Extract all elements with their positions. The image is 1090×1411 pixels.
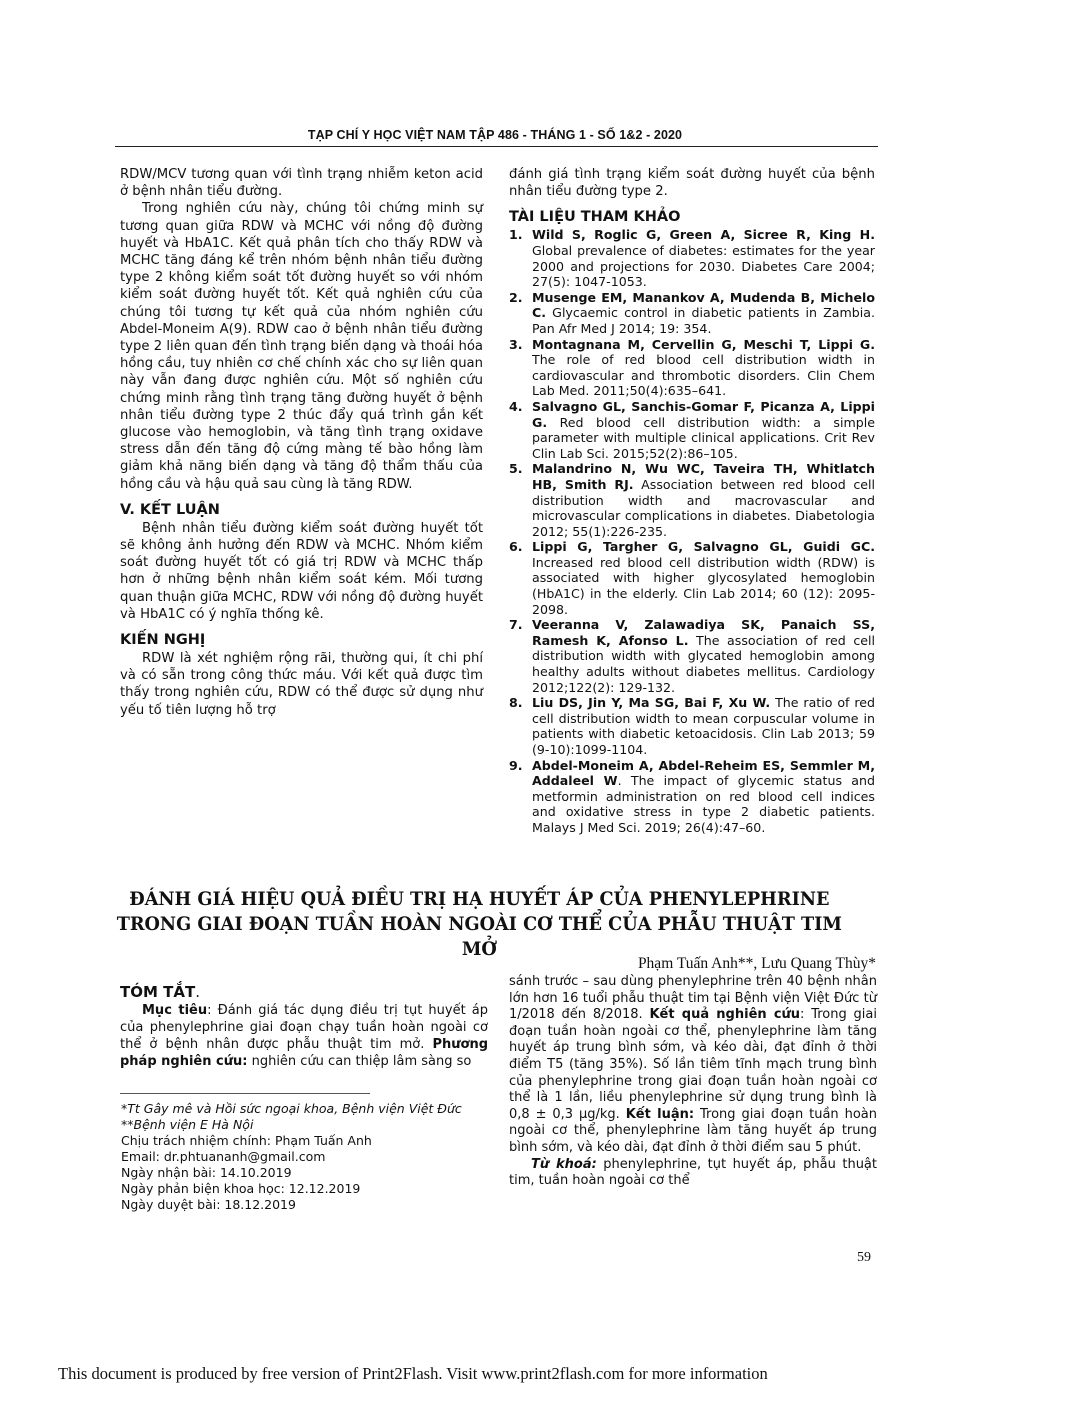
conclusion-heading: V. KẾT LUẬN [120, 501, 483, 519]
reference-item: 9.Abdel-Moneim A, Abdel-Reheim ES, Semml… [509, 758, 875, 836]
reference-number: 4. [509, 399, 523, 415]
conclusion-paragraph: Bệnh nhân tiểu đường kiểm soát đường huy… [120, 520, 483, 623]
reference-item: 6.Lippi G, Targher G, Salvagno GL, Guidi… [509, 539, 875, 617]
right-column: đánh giá tình trạng kiểm soát đường huyế… [509, 166, 875, 836]
approved-date: Ngày duyệt bài: 18.12.2019 [121, 1197, 501, 1213]
left-column: RDW/MCV tương quan với tình trạng nhiễm … [120, 166, 483, 719]
reviewed-date: Ngày phản biện khoa học: 12.12.2019 [121, 1181, 501, 1197]
reference-item: 1.Wild S, Roglic G, Green A, Sicree R, K… [509, 227, 875, 289]
abstract-heading-period: . [195, 983, 200, 1001]
objective-label: Mục tiêu [142, 1003, 207, 1018]
reference-number: 2. [509, 290, 523, 306]
reference-item: 7.Veeranna V, Zalawadiya SK, Panaich SS,… [509, 617, 875, 695]
reference-number: 9. [509, 758, 523, 774]
reference-authors: Wild S, Roglic G, Green A, Sicree R, Kin… [532, 227, 875, 242]
reference-item: 3.Montagnana M, Cervellin G, Meschi T, L… [509, 337, 875, 399]
reference-number: 3. [509, 337, 523, 353]
recommendation-paragraph: RDW là xét nghiệm rộng rãi, thường qui, … [120, 650, 483, 719]
method-text-start: nghiên cứu can thiệp lâm sàng so [247, 1054, 471, 1069]
abstract-heading: TÓM TẮT. [120, 982, 488, 1002]
recommendation-heading: KIẾN NGHỊ [120, 631, 483, 649]
abstract-objective: Mục tiêu: Đánh giá tác dụng điều trị tụt… [120, 1002, 488, 1070]
references-heading: TÀI LIỆU THAM KHẢO [509, 208, 875, 226]
reference-item: 2.Musenge EM, Manankov A, Mudenda B, Mic… [509, 290, 875, 337]
reference-authors: Lippi G, Targher G, Salvagno GL, Guidi G… [532, 539, 875, 554]
affiliation-1: *Tt Gây mê và Hồi sức ngoại khoa, Bệnh v… [121, 1101, 501, 1117]
results-text: : Trong giai đoạn tuần hoàn ngoài cơ thể… [509, 1007, 877, 1122]
reference-text: Red blood cell distribution width: a sim… [532, 415, 875, 461]
abstract-heading-text: TÓM TẮT [120, 983, 195, 1001]
article-title: ĐÁNH GIÁ HIỆU QUẢ ĐIỀU TRỊ HẠ HUYẾT ÁP C… [112, 887, 847, 962]
reference-text: Increased red blood cell distribution wi… [532, 555, 875, 617]
author-email: Email: dr.phtuananh@gmail.com [121, 1149, 501, 1165]
abstract-left-column: TÓM TẮT. Mục tiêu: Đánh giá tác dụng điề… [120, 982, 488, 1070]
reference-list: 1.Wild S, Roglic G, Green A, Sicree R, K… [509, 227, 875, 835]
reference-number: 8. [509, 695, 523, 711]
reference-text: The role of red blood cell distribution … [532, 352, 875, 398]
discussion-paragraph-2: Trong nghiên cứu này, chúng tôi chứng mi… [120, 200, 483, 492]
reference-number: 6. [509, 539, 523, 555]
print2flash-watermark: This document is produced by free versio… [58, 1364, 768, 1384]
footnote-divider [120, 1093, 370, 1094]
abstract-conclusion-label: Kết luận: [626, 1107, 694, 1122]
received-date: Ngày nhận bài: 14.10.2019 [121, 1165, 501, 1181]
abstract-continuation: sánh trước – sau dùng phenylephrine trên… [509, 974, 877, 1157]
header-divider [115, 146, 878, 147]
results-label: Kết quả nghiên cứu [649, 1007, 800, 1022]
affiliation-2: **Bệnh viện E Hà Nội [121, 1117, 501, 1133]
article-title-line-1: ĐÁNH GIÁ HIỆU QUẢ ĐIỀU TRỊ HẠ HUYẾT ÁP C… [112, 887, 847, 912]
article-authors: Phạm Tuấn Anh**, Lưu Quang Thùy* [638, 955, 876, 973]
abstract-right-column: sánh trước – sau dùng phenylephrine trên… [509, 974, 877, 1190]
responsible-author: Chịu trách nhiệm chính: Phạm Tuấn Anh [121, 1133, 501, 1149]
page-number: 59 [857, 1250, 871, 1266]
journal-running-header: TẠP CHÍ Y HỌC VIỆT NAM TẬP 486 - THÁNG 1… [115, 128, 875, 142]
reference-text: Glycaemic control in diabetic patients i… [532, 305, 875, 336]
footnotes: *Tt Gây mê và Hồi sức ngoại khoa, Bệnh v… [121, 1101, 501, 1213]
reference-number: 7. [509, 617, 523, 633]
keywords-label: Từ khoá: [531, 1157, 597, 1172]
reference-item: 8.Liu DS, Jin Y, Ma SG, Bai F, Xu W. The… [509, 695, 875, 757]
reference-authors: Montagnana M, Cervellin G, Meschi T, Lip… [532, 337, 875, 352]
reference-item: 5.Malandrino N, Wu WC, Taveira TH, Whitl… [509, 461, 875, 539]
reference-text: Global prevalence of diabetes: estimates… [532, 243, 875, 289]
reference-authors: Liu DS, Jin Y, Ma SG, Bai F, Xu W. [532, 695, 770, 710]
keywords: Từ khoá: phenylephrine, tụt huyết áp, ph… [509, 1157, 877, 1190]
reference-number: 5. [509, 461, 523, 477]
recommendation-continuation: đánh giá tình trạng kiểm soát đường huyế… [509, 166, 875, 200]
reference-number: 1. [509, 227, 523, 243]
reference-item: 4.Salvagno GL, Sanchis-Gomar F, Picanza … [509, 399, 875, 461]
discussion-paragraph-1: RDW/MCV tương quan với tình trạng nhiễm … [120, 166, 483, 200]
